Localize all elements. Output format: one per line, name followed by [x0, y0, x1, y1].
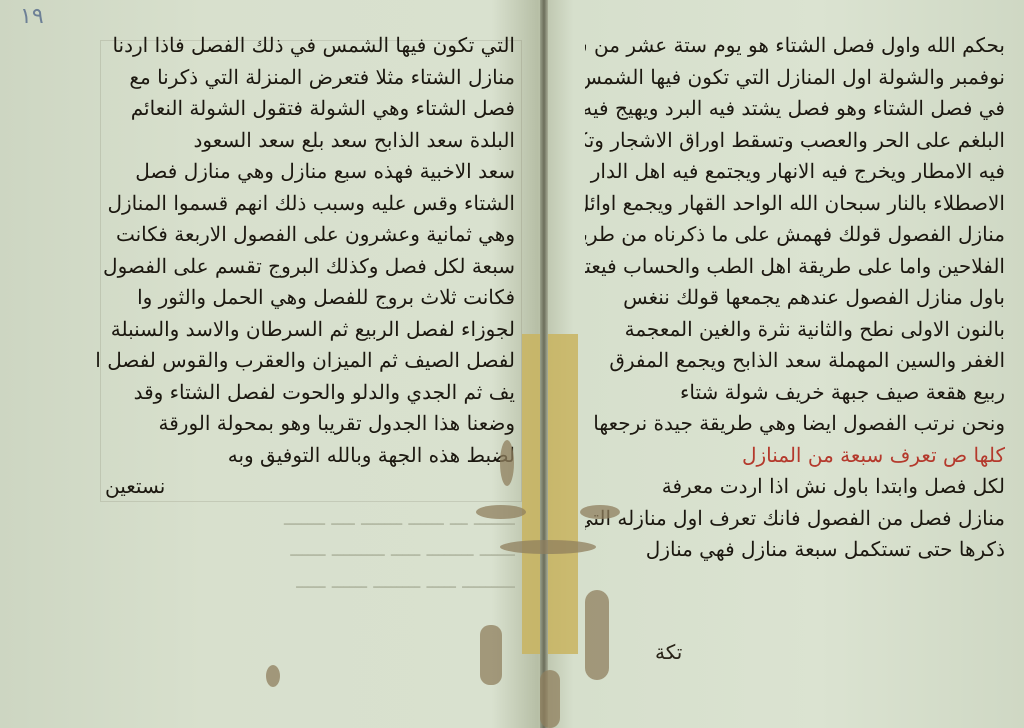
text-line: بحكم الله واول فصل الشتاء هو يوم ستة عشر…: [585, 30, 1005, 62]
text-line: لفصل الصيف ثم الميزان والعقرب والقوس لفص…: [95, 345, 515, 377]
repair-tape: [522, 334, 578, 654]
text-line: في فصل الشتاء وهو فصل يشتد فيه البرد ويه…: [585, 93, 1005, 125]
text-line: فصل الشتاء وهي الشولة فتقول الشولة النعا…: [95, 93, 515, 125]
text-line: منازل الفصول قولك فهمش على ما ذكرناه من …: [585, 219, 1005, 251]
text-line: منازل الشتاء مثلا فتعرض المنزلة التي ذكر…: [95, 62, 515, 94]
left-page: التي تكون فيها الشمس في ذلك الفصل فاذا ا…: [95, 30, 515, 597]
text-line: سبعة لكل فصل وكذلك البروج تقسم على الفصو…: [95, 251, 515, 283]
worm-damage: [580, 505, 620, 519]
text-line: البلغم على الحر والعصب وتسقط اوراق الاشج…: [585, 125, 1005, 157]
text-line: ربيع هقعة صيف جبهة خريف شولة شتاء: [585, 377, 1005, 409]
text-line: باول منازل الفصول عندهم يجمعها قولك ننغس: [585, 282, 1005, 314]
catchword: تكة: [655, 640, 682, 664]
worm-damage: [540, 670, 560, 728]
text-line: لجوزاء لفصل الربيع ثم السرطان والاسد وال…: [95, 314, 515, 346]
worm-damage: [500, 440, 514, 486]
right-page: بحكم الله واول فصل الشتاء هو يوم ستة عشر…: [585, 30, 1005, 566]
text-line: الفلاحين واما على طريقة اهل الطب والحساب…: [585, 251, 1005, 283]
text-line: ذكرها حتى تستكمل سبعة منازل فهي منازل: [585, 534, 1005, 566]
text-line: الغفر والسين المهملة سعد الذابح ويجمع ال…: [585, 345, 1005, 377]
text-line: البلدة سعد الذابح سعد بلع سعد السعود: [95, 125, 515, 157]
bleed-through-line: ــــــ ــــــــ ـــــ ـــــــــ ــــــ: [95, 534, 515, 566]
text-line: نستعين: [95, 471, 515, 503]
worm-damage: [266, 665, 280, 687]
text-line: التي تكون فيها الشمس في ذلك الفصل فاذا ا…: [95, 30, 515, 62]
text-line: الاصطلاء بالنار سبحان الله الواحد القهار…: [585, 188, 1005, 220]
text-line: بالنون الاولى نطح والثانية نثرة والغين ا…: [585, 314, 1005, 346]
text-line: سعد الاخبية فهذه سبع منازل وهي منازل فصل: [95, 156, 515, 188]
text-line: وضعنا هذا الجدول تقريبا وهو بمحولة الورق…: [95, 408, 515, 440]
text-line: يف ثم الجدي والدلو والحوت لفصل الشتاء وق…: [95, 377, 515, 409]
worm-damage: [480, 625, 502, 685]
worm-damage: [500, 540, 596, 554]
bleed-through-line: ـــــــ ـــ ــــــ ـــــــ ــــ ـــــــ: [95, 503, 515, 535]
text-line: وهي ثمانية وعشرون على الفصول الاربعة فكا…: [95, 219, 515, 251]
rubric-line: كلها ص تعرف سبعة من المنازل: [585, 440, 1005, 472]
text-line: ونحن نرتب الفصول ايضا وهي طريقة جيدة نرج…: [585, 408, 1005, 440]
text-line: لضبط هذه الجهة وبالله التوفيق وبه: [95, 440, 515, 472]
text-line: الشتاء وقس عليه وسبب ذلك انهم قسموا المن…: [95, 188, 515, 220]
text-line: فكانت ثلاث بروج للفصل وهي الحمل والثور و…: [95, 282, 515, 314]
text-line: منازل فصل من الفصول فانك تعرف اول منازله…: [585, 503, 1005, 535]
text-line: لكل فصل وابتدا باول نش اذا اردت معرفة: [585, 471, 1005, 503]
text-line: نوفمبر والشولة اول المنازل التي تكون فيه…: [585, 62, 1005, 94]
worm-damage: [585, 590, 609, 680]
folio-number: ١٩: [20, 4, 44, 29]
worm-damage: [476, 505, 526, 519]
book-gutter: [540, 0, 548, 728]
bleed-through-line: ـــــــــ ـــــ ــــــــ ــــــ ـــــ: [95, 566, 515, 598]
text-line: فيه الامطار ويخرج فيه الانهار ويجتمع فيه…: [585, 156, 1005, 188]
